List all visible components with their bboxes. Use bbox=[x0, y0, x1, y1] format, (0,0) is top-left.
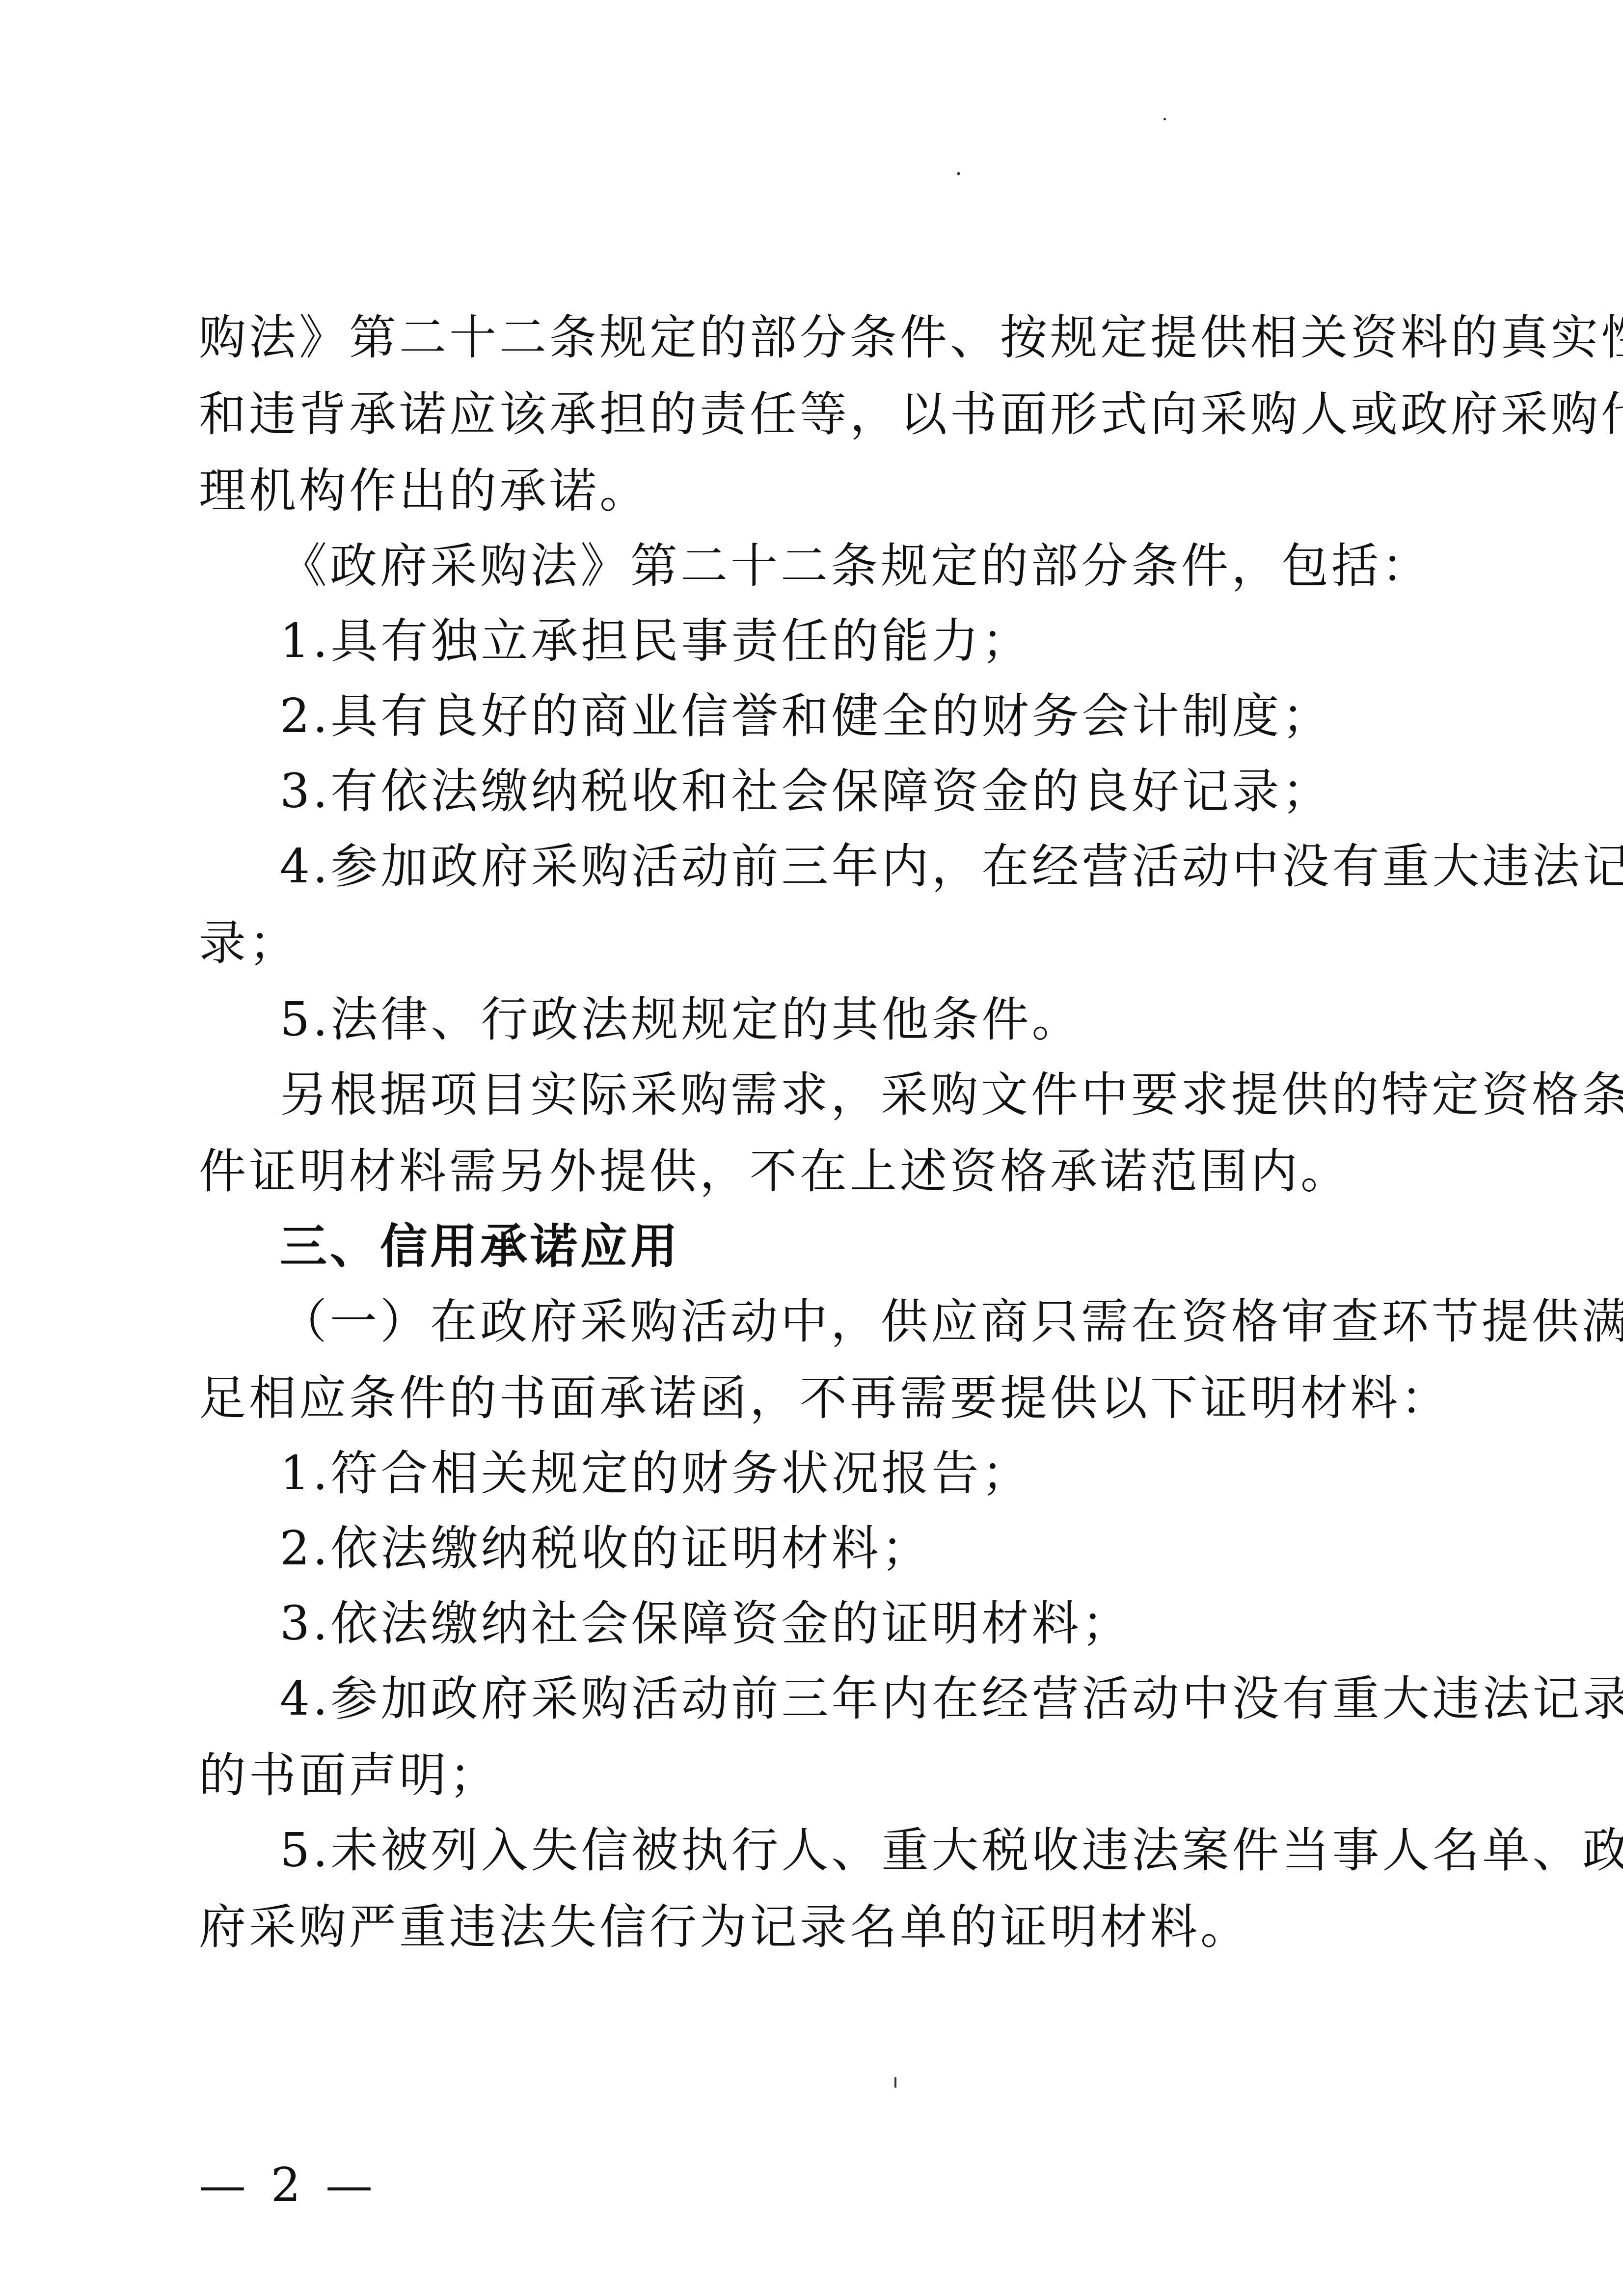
material-item-3: 3.依法缴纳社会保障资金的证明材料； bbox=[280, 1586, 1416, 1660]
body-line-1: 购法》第二十二条规定的部分条件、按规定提供相关资料的真实性 bbox=[199, 301, 1416, 374]
condition-item-3: 3.有依法缴纳税收和社会保障资金的良好记录； bbox=[280, 754, 1416, 828]
subsection-1-text: （一）在政府采购活动中，供应商只需在资格审查环节提供满 bbox=[280, 1285, 1416, 1358]
special-qualification-note: 另根据项目实际采购需求，采购文件中要求提供的特定资格条 bbox=[280, 1058, 1416, 1131]
section-heading-credit-commitment: 三、信用承诺应用 bbox=[280, 1209, 1416, 1283]
scan-speck bbox=[957, 172, 960, 175]
material-item-4-cont: 的书面声明； bbox=[199, 1738, 1416, 1812]
scan-speck bbox=[1163, 118, 1166, 120]
body-line-3: 理机构作出的承诺。 bbox=[199, 454, 1416, 527]
material-item-2: 2.依法缴纳税收的证明材料； bbox=[280, 1511, 1416, 1585]
special-qualification-note-cont: 件证明材料需另外提供，不在上述资格承诺范围内。 bbox=[199, 1134, 1416, 1208]
condition-item-5: 5.法律、行政法规规定的其他条件。 bbox=[280, 983, 1416, 1056]
condition-item-4-cont: 录； bbox=[199, 906, 1416, 980]
condition-item-2: 2.具有良好的商业信誉和健全的财务会计制度； bbox=[280, 679, 1416, 753]
material-item-5: 5.未被列入失信被执行人、重大税收违法案件当事人名单、政 bbox=[280, 1813, 1416, 1887]
subsection-1-text-cont: 足相应条件的书面承诺函，不再需要提供以下证明材料： bbox=[199, 1361, 1416, 1435]
condition-item-4: 4.参加政府采购活动前三年内，在经营活动中没有重大违法记 bbox=[280, 829, 1416, 903]
document-page: 购法》第二十二条规定的部分条件、按规定提供相关资料的真实性 和违背承诺应该承担的… bbox=[0, 0, 1623, 2296]
material-item-4: 4.参加政府采购活动前三年内在经营活动中没有重大违法记录 bbox=[280, 1662, 1416, 1735]
condition-item-1: 1.具有独立承担民事责任的能力； bbox=[280, 604, 1416, 678]
body-line-2: 和违背承诺应该承担的责任等，以书面形式向采购人或政府采购代 bbox=[199, 377, 1416, 451]
conditions-intro: 《政府采购法》第二十二条规定的部分条件，包括： bbox=[280, 529, 1416, 602]
material-item-1: 1.符合相关规定的财务状况报告； bbox=[280, 1436, 1416, 1510]
material-item-5-cont: 府采购严重违法失信行为记录名单的证明材料。 bbox=[199, 1890, 1416, 1964]
scan-speck bbox=[894, 2077, 896, 2088]
page-number: — 2 — bbox=[199, 2156, 378, 2214]
